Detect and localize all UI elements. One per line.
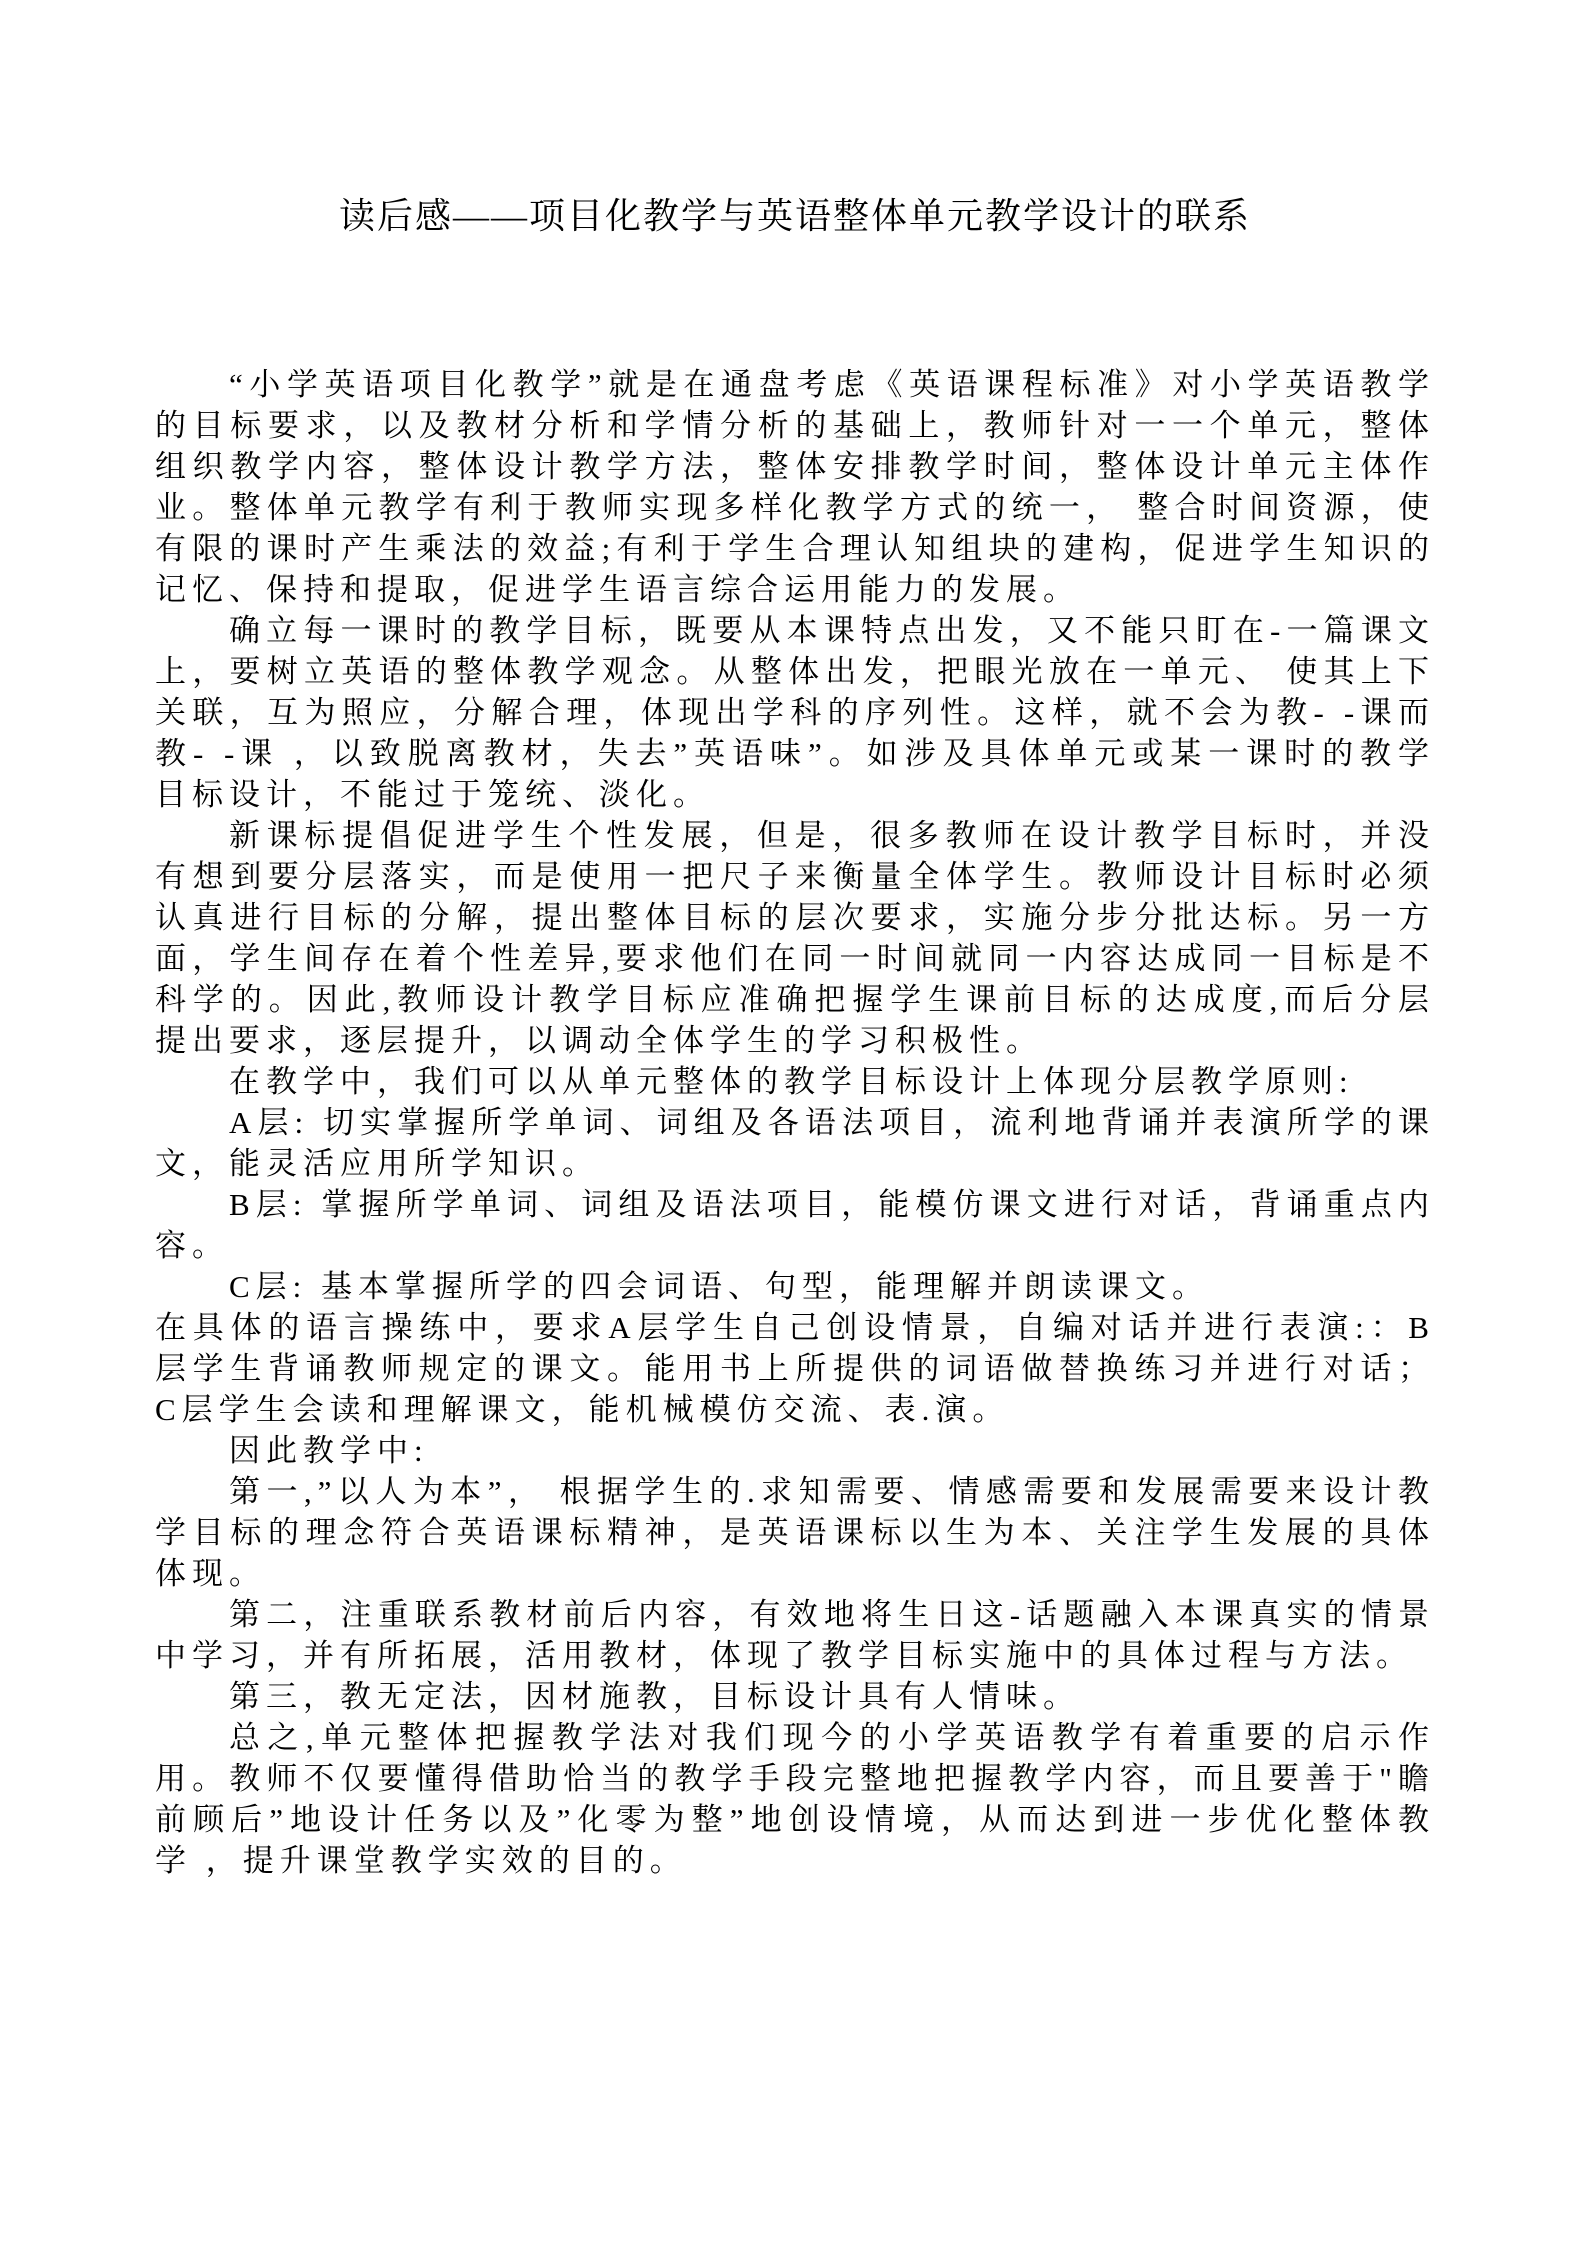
paragraph: 确立每一课时的教学目标，既要从本课特点出发，又不能只盯在-一篇课文上，要树立英语… <box>155 610 1435 815</box>
paragraph: 在具体的语言操练中，要求A层学生自己创设情景，自编对话并进行表演:：B层学生背诵… <box>155 1307 1435 1430</box>
paragraph: 第三，教无定法，因材施教，目标设计具有人情味。 <box>155 1676 1435 1717</box>
paragraph: A层: 切实掌握所学单词、词组及各语法项目，流利地背诵并表演所学的课文，能灵活应… <box>155 1102 1435 1184</box>
paragraph: 第一,”以人为本”， 根据学生的.求知需要、情感需要和发展需要来设计教学目标的理… <box>155 1471 1435 1594</box>
paragraph: 第二，注重联系教材前后内容，有效地将生日这-话题融入本课真实的情景中学习，并有所… <box>155 1594 1435 1676</box>
paragraph: 在教学中，我们可以从单元整体的教学目标设计上体现分层教学原则: <box>155 1061 1435 1102</box>
paragraph: 总之,单元整体把握教学法对我们现今的小学英语教学有着重要的启示作用。教师不仅要懂… <box>155 1717 1435 1881</box>
document-body: “小学英语项目化教学”就是在通盘考虑《英语课程标准》对小学英语教学的目标要求，以… <box>155 364 1435 1881</box>
paragraph: C层: 基本掌握所学的四会词语、句型，能理解并朗读课文。 <box>155 1266 1435 1307</box>
document-page: 读后感——项目化教学与英语整体单元教学设计的联系 “小学英语项目化教学”就是在通… <box>0 0 1587 2245</box>
paragraph: “小学英语项目化教学”就是在通盘考虑《英语课程标准》对小学英语教学的目标要求，以… <box>155 364 1435 610</box>
paragraph: 新课标提倡促进学生个性发展，但是，很多教师在设计教学目标时，并没有想到要分层落实… <box>155 815 1435 1061</box>
paragraph: B层: 掌握所学单词、词组及语法项目，能模仿课文进行对话，背诵重点内容。 <box>155 1184 1435 1266</box>
document-title: 读后感——项目化教学与英语整体单元教学设计的联系 <box>155 196 1435 236</box>
paragraph: 因此教学中: <box>155 1430 1435 1471</box>
